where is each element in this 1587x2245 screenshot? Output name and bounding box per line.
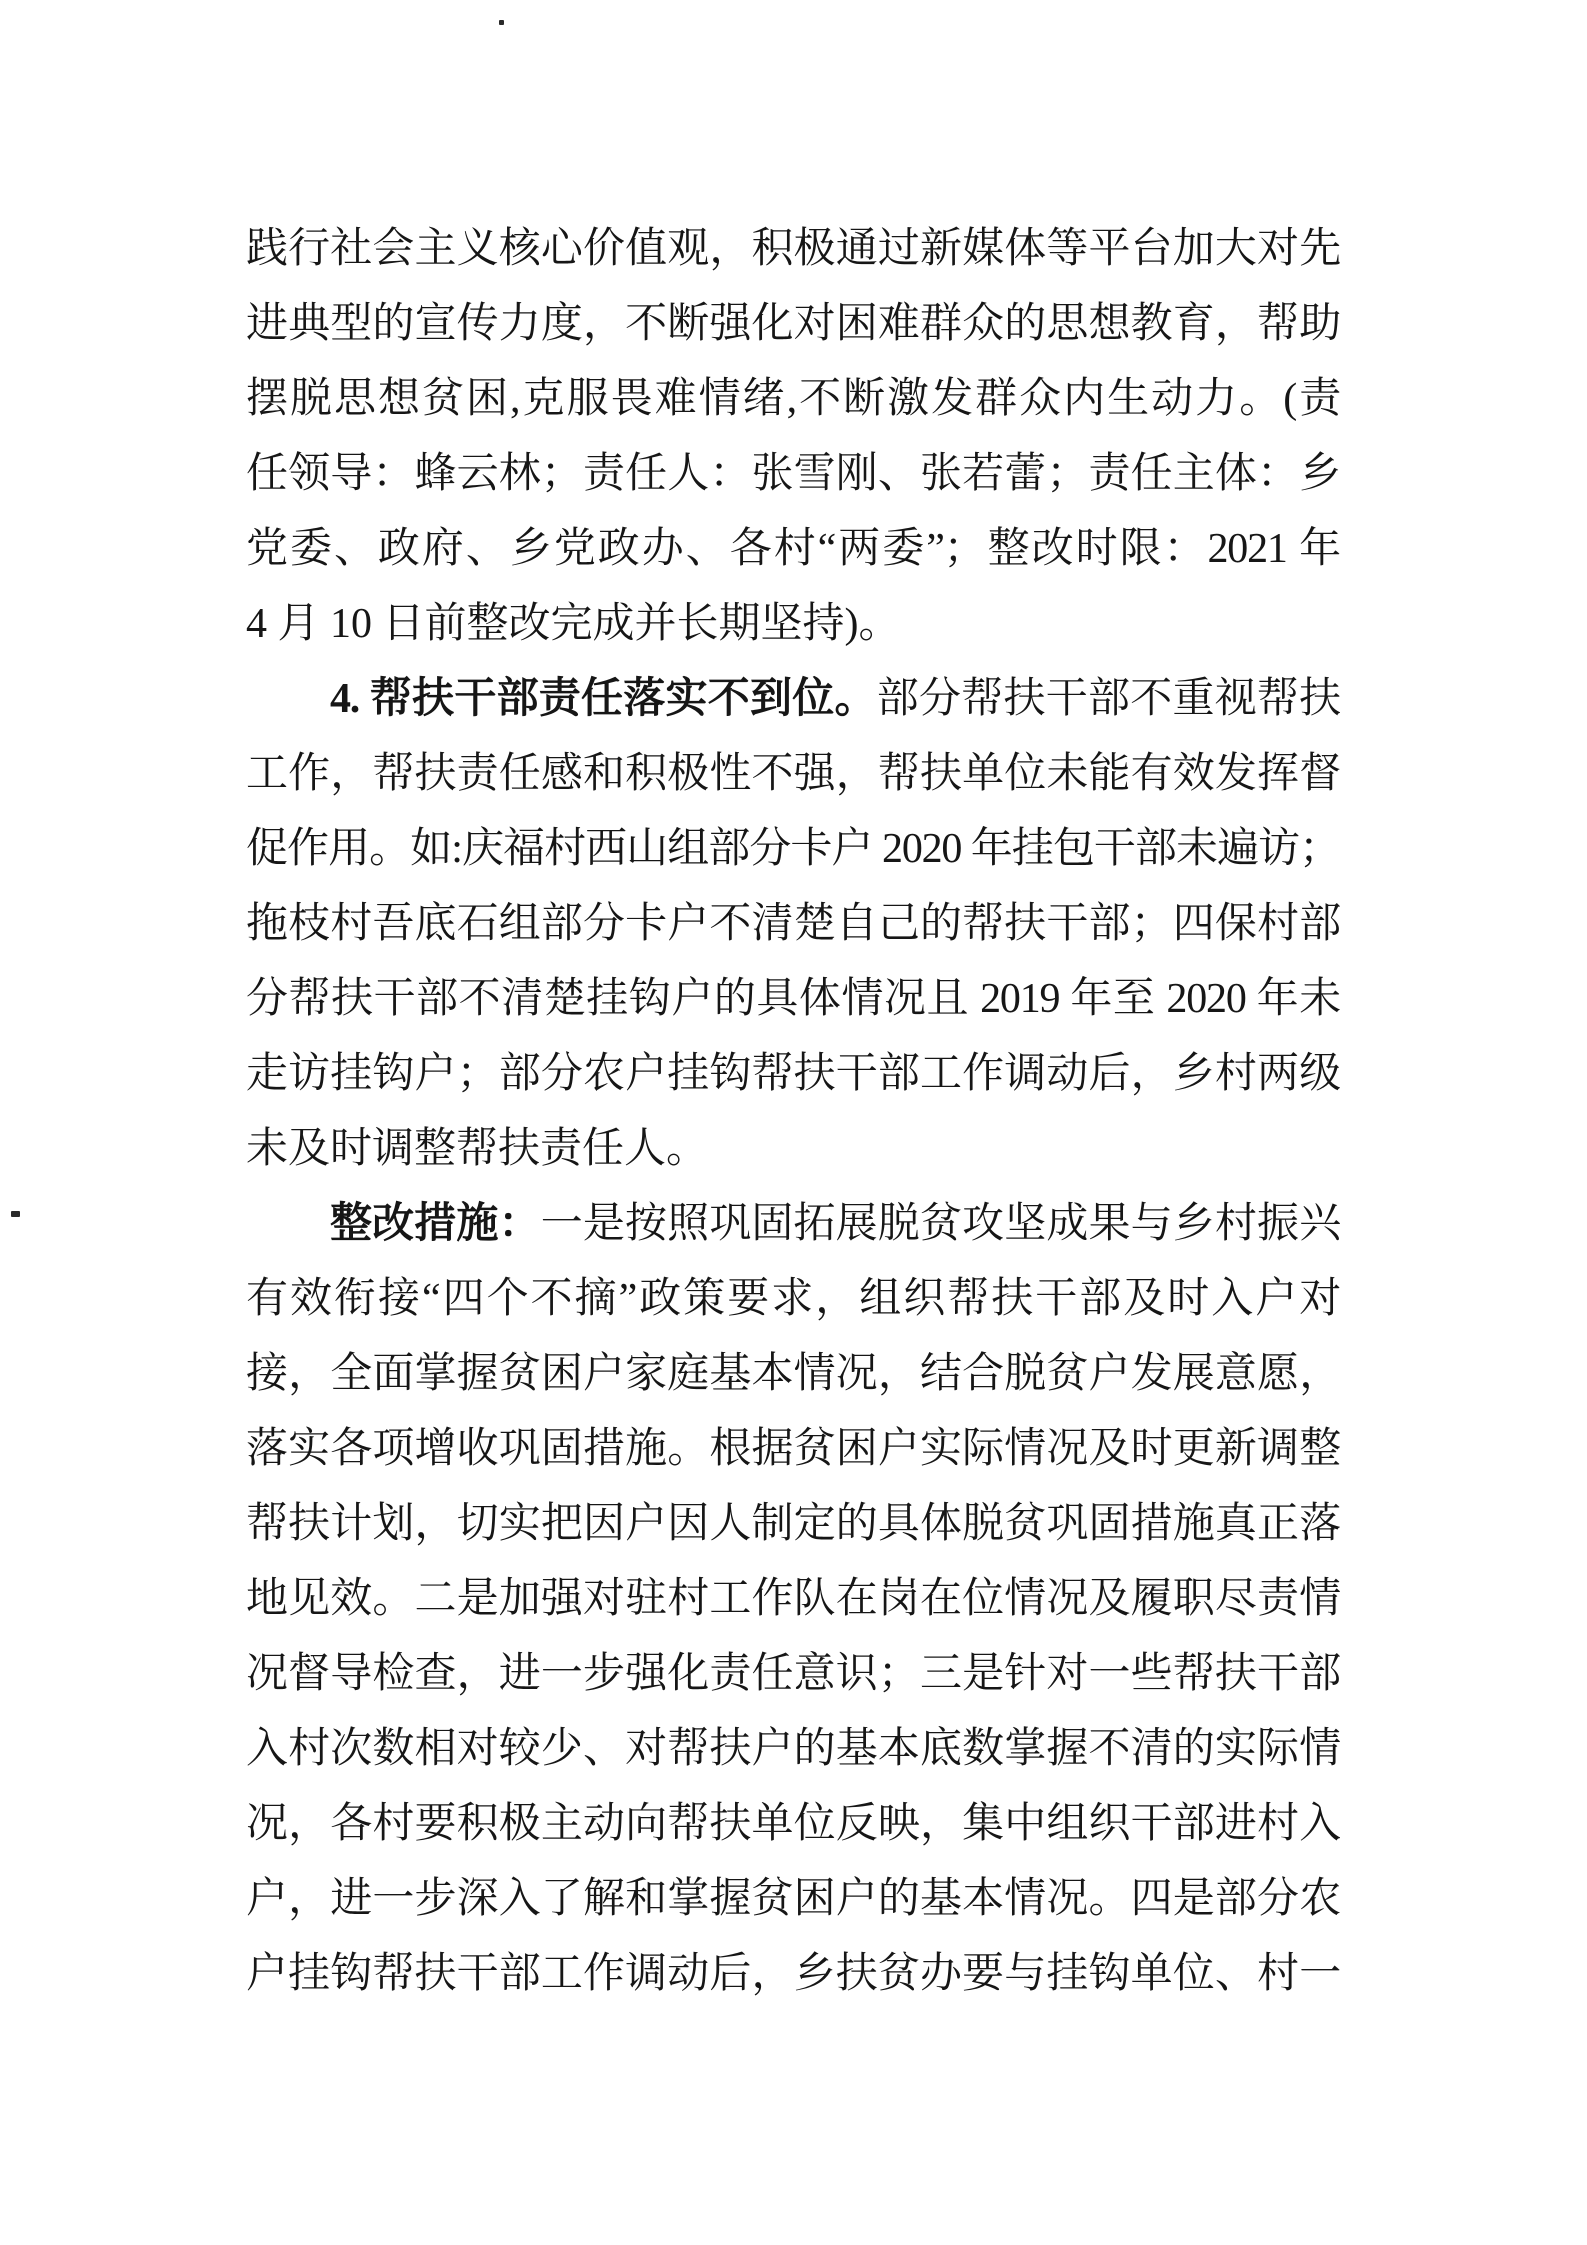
text-line: 促作用。如:庆福村西山组部分卡户 2020 年挂包干部未遍访； — [246, 812, 1340, 887]
text-line: 4 月 10 日前整改完成并长期坚持)。 — [246, 587, 1340, 662]
text-line: 走访挂钩户；部分农户挂钩帮扶干部工作调动后，乡村两级 — [246, 1037, 1340, 1112]
text-run: 分帮扶干部不清楚挂钩户的具体情况且 2019 年至 2020 年未 — [246, 976, 1340, 1022]
text-line: 接，全面掌握贫困户家庭基本情况，结合脱贫户发展意愿， — [246, 1337, 1340, 1412]
text-line: 户，进一步深入了解和掌握贫困户的基本情况。四是部分农 — [246, 1862, 1340, 1937]
text-line: 4. 帮扶干部责任落实不到位。部分帮扶干部不重视帮扶 — [246, 662, 1340, 737]
noise-speck-left — [11, 1211, 20, 1217]
noise-speck-top — [499, 20, 504, 25]
text-line: 落实各项增收巩固措施。根据贫困户实际情况及时更新调整 — [246, 1412, 1340, 1487]
text-run: 况，各村要积极主动向帮扶单位反映，集中组织干部进村入 — [246, 1801, 1340, 1847]
text-line: 党委、政府、乡党政办、各村“两委”；整改时限：2021 年 — [246, 512, 1340, 587]
text-run: 有效衔接“四个不摘”政策要求，组织帮扶干部及时入户对 — [246, 1276, 1340, 1322]
text-run: 部分帮扶干部不重视帮扶 — [877, 676, 1340, 722]
text-line: 分帮扶干部不清楚挂钩户的具体情况且 2019 年至 2020 年未 — [246, 962, 1340, 1037]
text-run: 践行社会主义核心价值观，积极通过新媒体等平台加大对先 — [246, 226, 1340, 272]
text-line: 进典型的宣传力度，不断强化对困难群众的思想教育，帮助 — [246, 287, 1340, 362]
text-line: 有效衔接“四个不摘”政策要求，组织帮扶干部及时入户对 — [246, 1262, 1340, 1337]
text-run: 未及时调整帮扶责任人。 — [246, 1126, 708, 1172]
text-run: 促作用。如:庆福村西山组部分卡户 2020 年挂包干部未遍访； — [246, 826, 1340, 872]
text-line: 况督导检查，进一步强化责任意识；三是针对一些帮扶干部 — [246, 1637, 1340, 1712]
text-line: 入村次数相对较少、对帮扶户的基本底数掌握不清的实际情 — [246, 1712, 1340, 1787]
text-run: 党委、政府、乡党政办、各村“两委”；整改时限：2021 年 — [246, 526, 1340, 572]
text-line: 地见效。二是加强对驻村工作队在岗在位情况及履职尽责情 — [246, 1562, 1340, 1637]
text-line: 未及时调整帮扶责任人。 — [246, 1112, 1340, 1187]
text-run: 帮扶计划，切实把因户因人制定的具体脱贫巩固措施真正落 — [246, 1501, 1340, 1547]
text-line: 任领导：蜂云林；责任人：张雪刚、张若蕾；责任主体：乡 — [246, 437, 1340, 512]
text-run: 摆脱思想贫困,克服畏难情绪,不断激发群众内生动力。(责 — [246, 376, 1340, 422]
text-line: 工作，帮扶责任感和积极性不强，帮扶单位未能有效发挥督 — [246, 737, 1340, 812]
bold-text-run: 整改措施： — [330, 1201, 541, 1247]
text-line: 帮扶计划，切实把因户因人制定的具体脱贫巩固措施真正落 — [246, 1487, 1340, 1562]
text-run: 4 月 10 日前整改完成并长期坚持)。 — [246, 601, 901, 647]
text-run: 拖枝村吾底石组部分卡户不清楚自己的帮扶干部；四保村部 — [246, 901, 1340, 947]
document-text-block: 践行社会主义核心价值观，积极通过新媒体等平台加大对先进典型的宣传力度，不断强化对… — [246, 212, 1340, 2012]
text-run: 进典型的宣传力度，不断强化对困难群众的思想教育，帮助 — [246, 301, 1340, 347]
document-page: 践行社会主义核心价值观，积极通过新媒体等平台加大对先进典型的宣传力度，不断强化对… — [0, 0, 1587, 2245]
text-line: 拖枝村吾底石组部分卡户不清楚自己的帮扶干部；四保村部 — [246, 887, 1340, 962]
bold-text-run: 4. 帮扶干部责任落实不到位。 — [330, 676, 877, 722]
text-run: 地见效。二是加强对驻村工作队在岗在位情况及履职尽责情 — [246, 1576, 1340, 1622]
text-run: 走访挂钩户；部分农户挂钩帮扶干部工作调动后，乡村两级 — [246, 1051, 1340, 1097]
text-line: 整改措施：一是按照巩固拓展脱贫攻坚成果与乡村振兴 — [246, 1187, 1340, 1262]
text-run: 一是按照巩固拓展脱贫攻坚成果与乡村振兴 — [541, 1201, 1340, 1247]
text-run: 落实各项增收巩固措施。根据贫困户实际情况及时更新调整 — [246, 1426, 1340, 1472]
text-run: 况督导检查，进一步强化责任意识；三是针对一些帮扶干部 — [246, 1651, 1340, 1697]
text-line: 践行社会主义核心价值观，积极通过新媒体等平台加大对先 — [246, 212, 1340, 287]
text-line: 户挂钩帮扶干部工作调动后，乡扶贫办要与挂钩单位、村一 — [246, 1937, 1340, 2012]
text-run: 入村次数相对较少、对帮扶户的基本底数掌握不清的实际情 — [246, 1726, 1340, 1772]
text-run: 接，全面掌握贫困户家庭基本情况，结合脱贫户发展意愿， — [246, 1351, 1340, 1397]
text-run: 工作，帮扶责任感和积极性不强，帮扶单位未能有效发挥督 — [246, 751, 1340, 797]
text-run: 户，进一步深入了解和掌握贫困户的基本情况。四是部分农 — [246, 1876, 1340, 1922]
text-line: 况，各村要积极主动向帮扶单位反映，集中组织干部进村入 — [246, 1787, 1340, 1862]
text-run: 任领导：蜂云林；责任人：张雪刚、张若蕾；责任主体：乡 — [246, 451, 1340, 497]
text-line: 摆脱思想贫困,克服畏难情绪,不断激发群众内生动力。(责 — [246, 362, 1340, 437]
text-run: 户挂钩帮扶干部工作调动后，乡扶贫办要与挂钩单位、村一 — [246, 1951, 1340, 1997]
